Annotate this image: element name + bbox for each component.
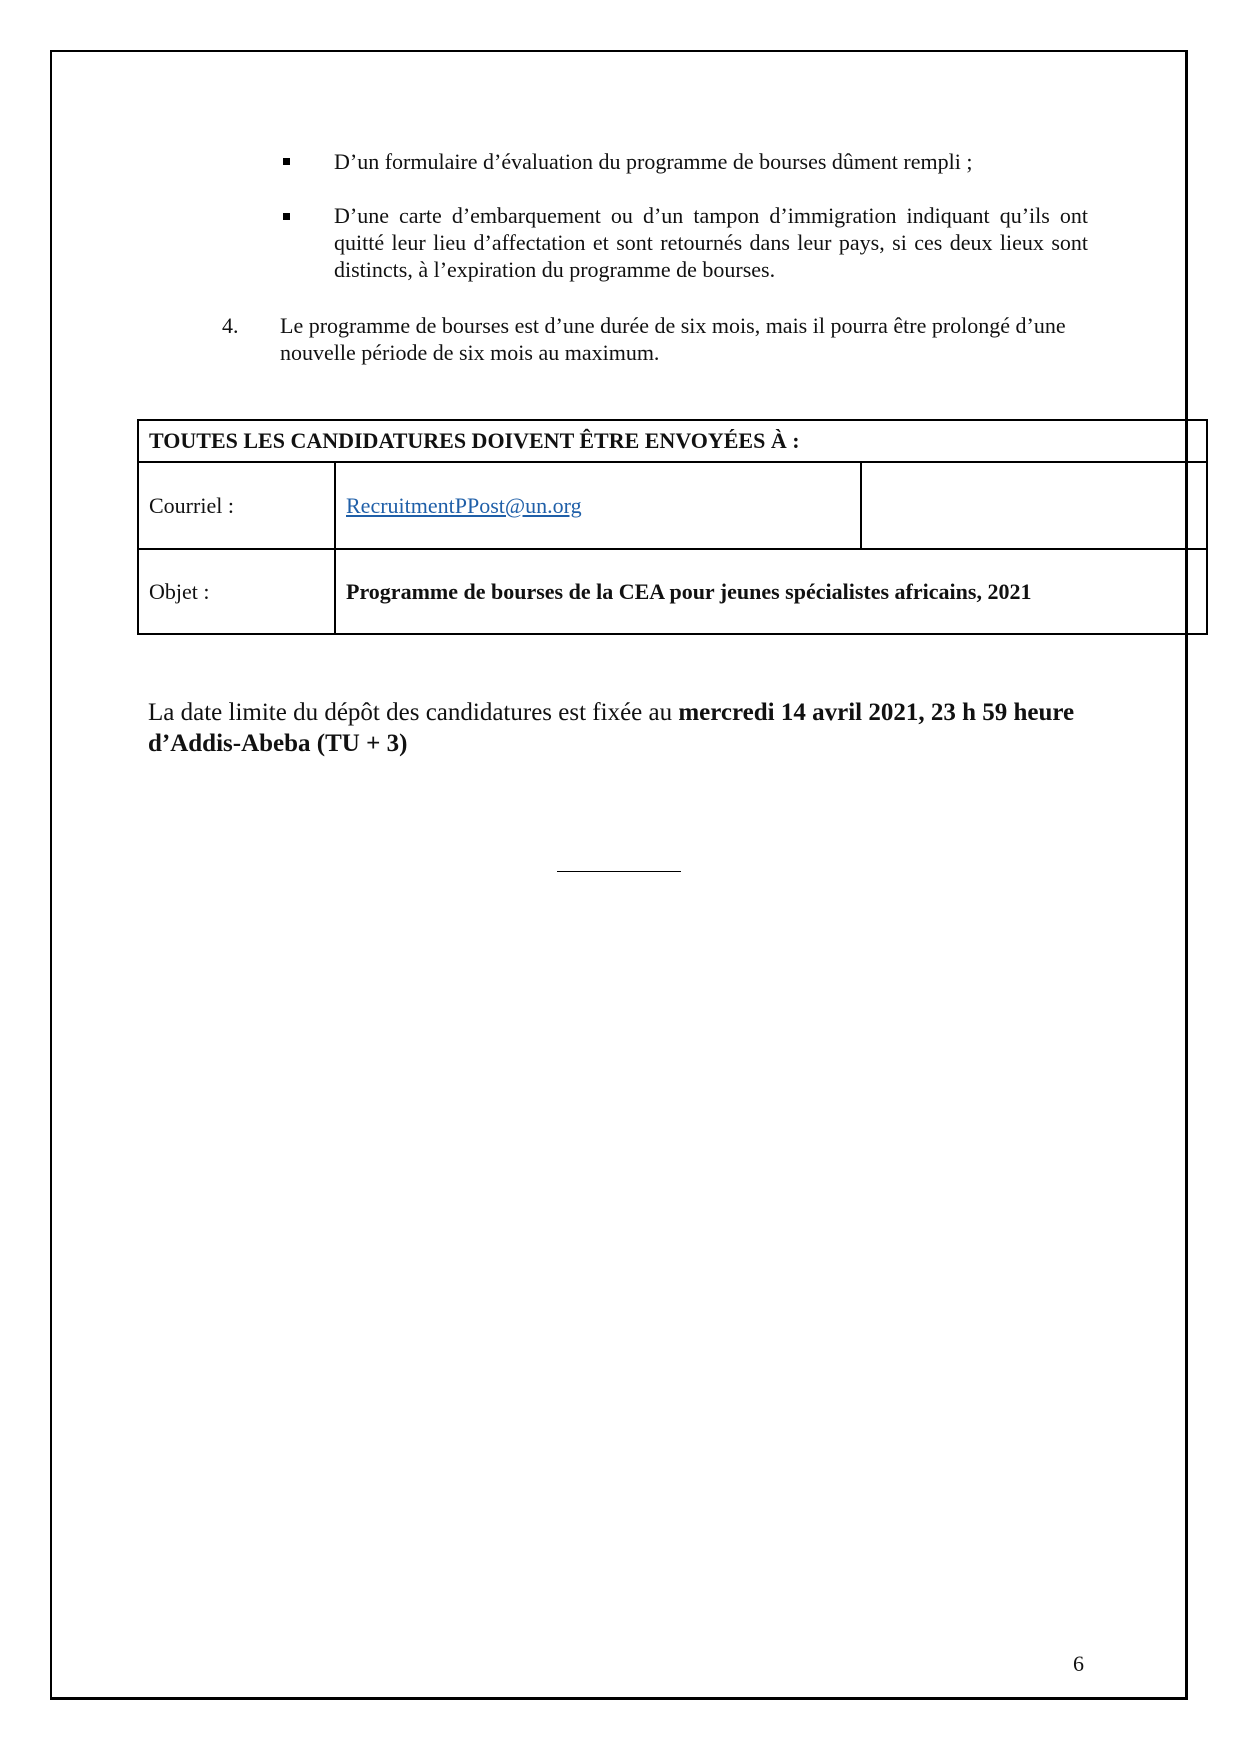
deadline-paragraph: La date limite du dépôt des candidatures… [148,697,1108,759]
subject-label: Objet : [138,549,335,634]
deadline-prefix: La date limite du dépôt des candidatures… [148,699,678,726]
bullet-item: D’une carte d’embarquement ou d’un tampo… [334,202,1088,283]
contact-table: TOUTES LES CANDIDATURES DOIVENT ÊTRE ENV… [137,419,1208,635]
email-link[interactable]: RecruitmentPPost@un.org [346,493,582,518]
page-number: 6 [1073,1651,1084,1677]
square-bullet-icon [283,158,290,165]
list-number: 4. [222,312,239,339]
subject-value: Programme de bourses de la CEA pour jeun… [335,549,1207,634]
contact-table-header: TOUTES LES CANDIDATURES DOIVENT ÊTRE ENV… [138,420,1207,462]
square-bullet-icon [283,213,290,220]
page-border [50,50,1188,1700]
end-separator [557,871,681,872]
email-label: Courriel : [138,462,335,549]
empty-cell [861,462,1207,549]
list-item-4: Le programme de bourses est d’une durée … [280,312,1096,366]
bullet-item: D’un formulaire d’évaluation du programm… [334,148,1094,175]
